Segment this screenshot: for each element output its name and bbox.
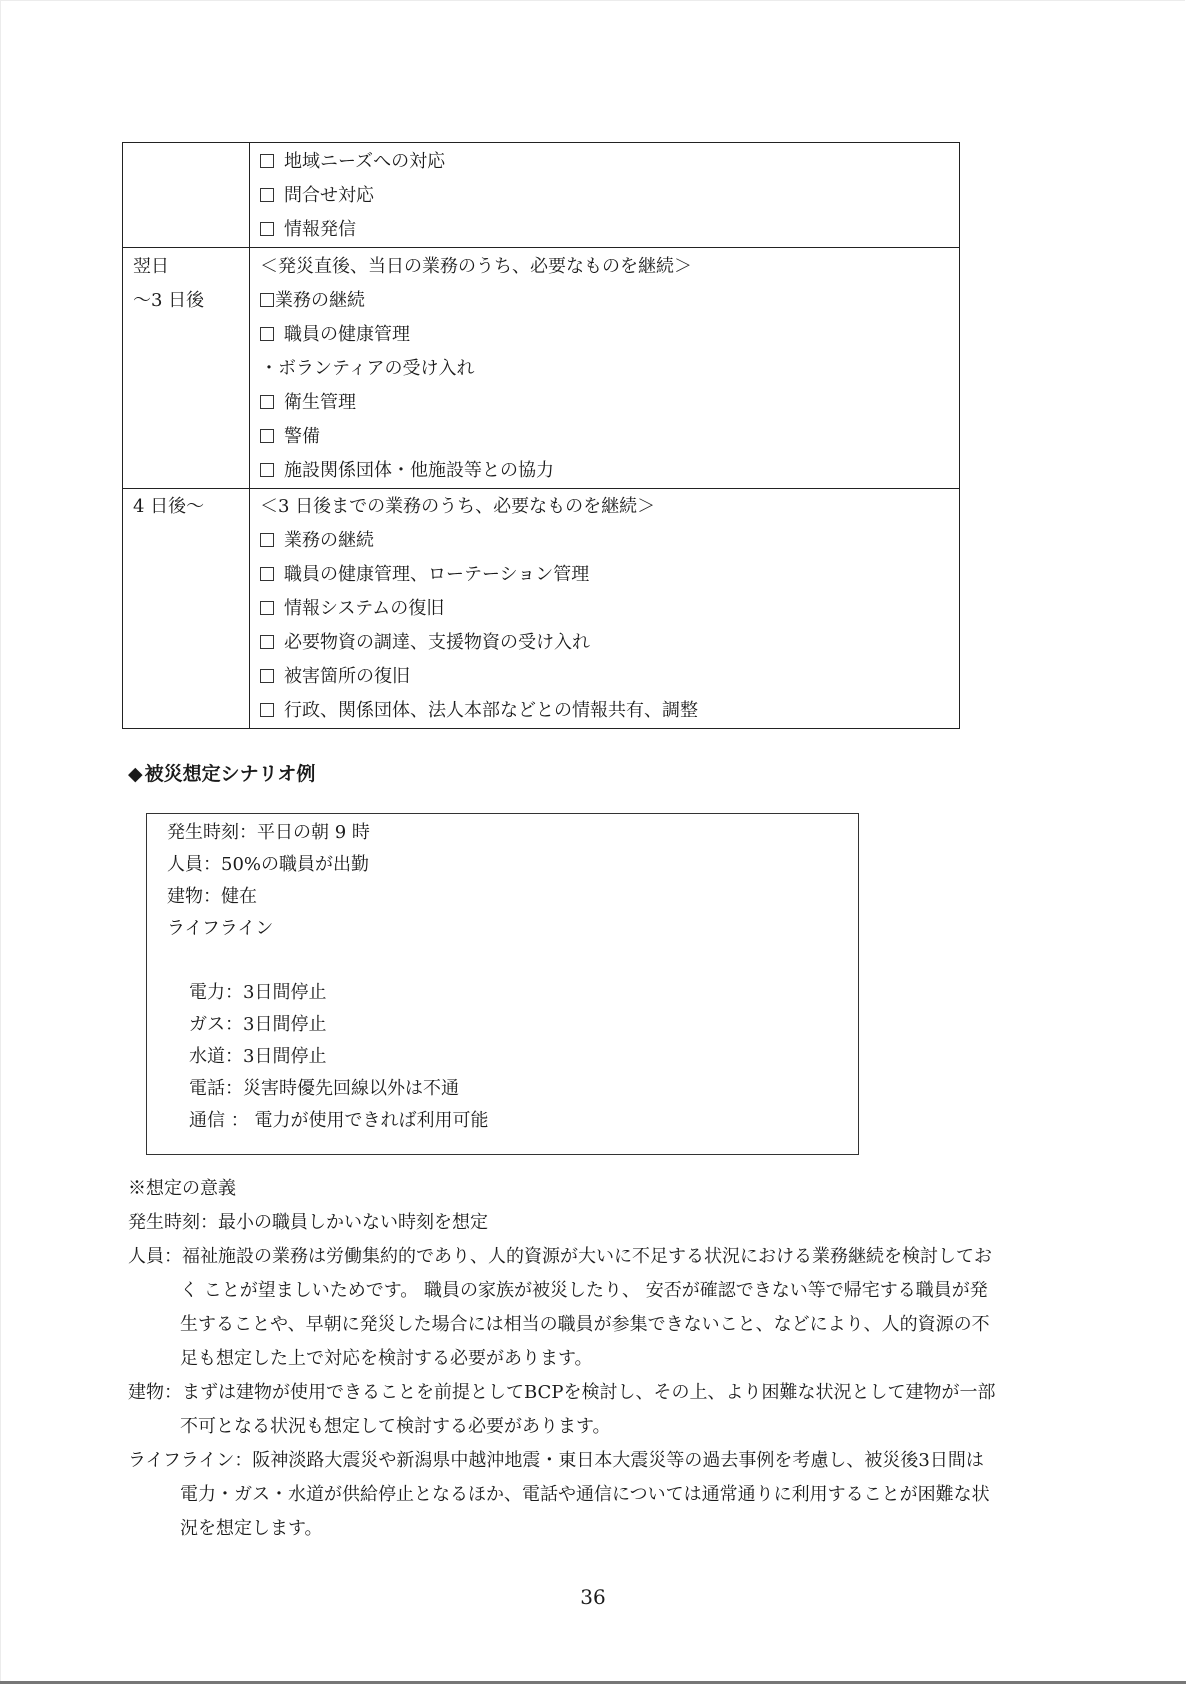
task-item: 情報システムの復旧 — [260, 592, 959, 626]
section-heading: ◆被災想定シナリオ例 — [128, 760, 315, 788]
phase-cell — [123, 143, 250, 248]
scenario-line: ガス：3日間停止 — [189, 1009, 326, 1041]
note-line: く ことが望ましいためです。 職員の家族が被災したり、 安否が確認できない等で帰… — [180, 1274, 988, 1308]
checkbox-icon — [260, 669, 274, 683]
note-line: ライフライン：阪神淡路大震災や新潟県中越沖地震・東日本大震災等の過去事例を考慮し… — [128, 1444, 984, 1478]
task-item: 行政、関係団体、法人本部などとの情報共有、調整 — [260, 694, 959, 728]
note-line: 電力・ガス・水道が供給停止となるほか、電話や通信については通常通りに利用すること… — [180, 1478, 990, 1512]
checkbox-icon — [260, 703, 274, 717]
task-label: 業務の継続 — [275, 290, 365, 311]
task-item: 業務の継続 — [260, 284, 959, 318]
task-item: 業務の継続 — [260, 524, 959, 558]
task-item: 被害箇所の復旧 — [260, 660, 959, 694]
checkbox-icon — [260, 154, 274, 168]
note-line: 況を想定します。 — [180, 1512, 323, 1546]
task-group-heading: ＜3 日後までの業務のうち、必要なものを継続＞ — [260, 490, 959, 524]
task-item: 必要物資の調達、支援物資の受け入れ — [260, 626, 959, 660]
checkbox-icon — [260, 188, 274, 202]
note-line: 不可となる状況も想定して検討する必要があります。 — [180, 1410, 611, 1444]
scenario-line: 人員：50%の職員が出勤 — [167, 849, 369, 881]
task-label: 行政、関係団体、法人本部などとの情報共有、調整 — [284, 700, 698, 721]
checkbox-icon — [260, 567, 274, 581]
schedule-table: 地域ニーズへの対応 問合せ対応 情報発信 翌日 ～3 日後 ＜発災直後、当日の業… — [122, 142, 960, 729]
checkbox-icon — [260, 533, 274, 547]
checkbox-icon — [260, 463, 274, 477]
note-line: 発生時刻：最小の職員しかいない時刻を想定 — [128, 1206, 488, 1240]
task-label: ・ボランティアの受け入れ — [260, 358, 475, 379]
task-label: 情報発信 — [284, 219, 356, 240]
task-label: 情報システムの復旧 — [284, 598, 444, 619]
task-item: 警備 — [260, 420, 959, 454]
tasks-cell: 地域ニーズへの対応 問合せ対応 情報発信 — [250, 143, 960, 248]
page-number: 36 — [0, 1583, 1186, 1611]
task-label: 業務の継続 — [284, 530, 374, 551]
note-line: 人員：福祉施設の業務は労働集約的であり、人的資源が大いに不足する状況における業務… — [128, 1240, 992, 1274]
scenario-line: 建物：健在 — [167, 881, 257, 913]
scenario-line: 電力：3日間停止 — [189, 977, 326, 1009]
table-row: 地域ニーズへの対応 問合せ対応 情報発信 — [123, 143, 960, 248]
checkbox-icon — [260, 293, 274, 307]
task-item: 問合せ対応 — [260, 179, 959, 213]
task-label: 地域ニーズへの対応 — [284, 151, 445, 172]
task-label: 被害箇所の復旧 — [284, 666, 410, 687]
task-label: 警備 — [284, 426, 320, 447]
task-group-heading: ＜発災直後、当日の業務のうち、必要なものを継続＞ — [260, 250, 959, 284]
tasks-cell: ＜3 日後までの業務のうち、必要なものを継続＞ 業務の継続 職員の健康管理、ロー… — [250, 489, 960, 729]
task-item: ・ボランティアの受け入れ — [260, 352, 959, 386]
notes-title: ※想定の意義 — [128, 1172, 236, 1206]
task-label: 問合せ対応 — [284, 185, 374, 206]
note-line: 足も想定した上で対応を検討する必要があります。 — [180, 1342, 593, 1376]
table-row: 翌日 ～3 日後 ＜発災直後、当日の業務のうち、必要なものを継続＞ 業務の継続 … — [123, 248, 960, 489]
diamond-bullet-icon: ◆ — [128, 760, 143, 788]
scenario-line: 水道：3日間停止 — [189, 1041, 326, 1073]
section-heading-text: 被災想定シナリオ例 — [145, 763, 316, 785]
scenario-line: ライフライン — [167, 913, 273, 945]
checkbox-icon — [260, 222, 274, 236]
phase-label: 4 日後～ — [133, 490, 249, 524]
phase-label: ～3 日後 — [133, 284, 249, 318]
checkbox-icon — [260, 635, 274, 649]
checkbox-icon — [260, 429, 274, 443]
checkbox-icon — [260, 601, 274, 615]
checkbox-icon — [260, 395, 274, 409]
task-item: 衛生管理 — [260, 386, 959, 420]
task-label: 職員の健康管理、ローテーション管理 — [284, 564, 589, 585]
task-item: 職員の健康管理、ローテーション管理 — [260, 558, 959, 592]
task-item: 職員の健康管理 — [260, 318, 959, 352]
table-row: 4 日後～ ＜3 日後までの業務のうち、必要なものを継続＞ 業務の継続 職員の健… — [123, 489, 960, 729]
phase-cell: 翌日 ～3 日後 — [123, 248, 250, 489]
task-item: 地域ニーズへの対応 — [260, 145, 959, 179]
scenario-line: 発生時刻：平日の朝 9 時 — [167, 817, 370, 849]
task-label: 必要物資の調達、支援物資の受け入れ — [284, 632, 590, 653]
task-label: 施設関係団体・他施設等との協力 — [284, 460, 554, 481]
note-line: 生することや、早朝に発災した場合には相当の職員が参集できないこと、などにより、人… — [180, 1308, 990, 1342]
task-item: 情報発信 — [260, 213, 959, 247]
task-label: 職員の健康管理 — [284, 324, 410, 345]
note-line: 建物：まずは建物が使用できることを前提としてBCPを検討し、その上、より困難な状… — [128, 1376, 995, 1410]
scenario-line: 電話：災害時優先回線以外は不通 — [189, 1073, 459, 1105]
task-label: 衛生管理 — [284, 392, 356, 413]
phase-label: 翌日 — [133, 250, 249, 284]
tasks-cell: ＜発災直後、当日の業務のうち、必要なものを継続＞ 業務の継続 職員の健康管理 ・… — [250, 248, 960, 489]
scenario-line: 通信 ： 電力が使用できれば利用可能 — [189, 1105, 488, 1137]
scenario-box: 発生時刻：平日の朝 9 時 人員：50%の職員が出勤 建物：健在 ライフライン … — [146, 813, 859, 1155]
checkbox-icon — [260, 327, 274, 341]
task-item: 施設関係団体・他施設等との協力 — [260, 454, 959, 488]
phase-cell: 4 日後～ — [123, 489, 250, 729]
